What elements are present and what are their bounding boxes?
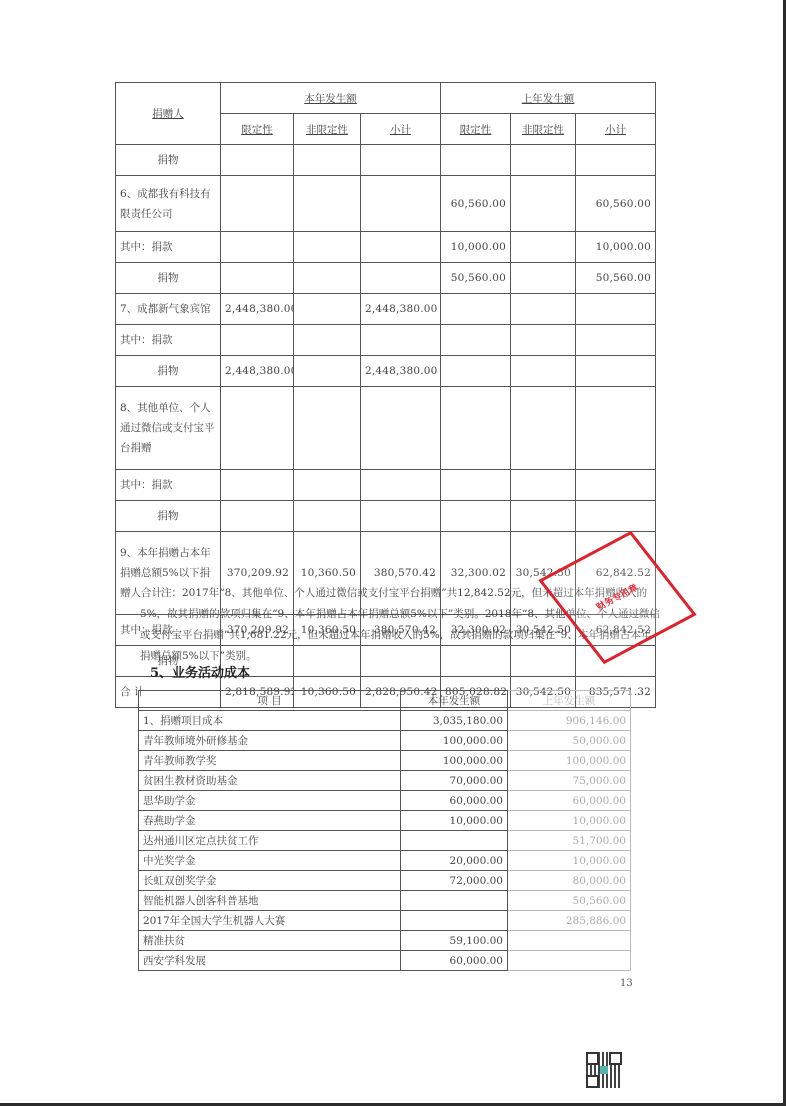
cell-cy-s bbox=[361, 470, 441, 501]
header-cy-unrestricted: 非限定性 bbox=[294, 114, 361, 145]
cell-previous: 100,000.00 bbox=[508, 751, 631, 771]
row-label: 捐物 bbox=[116, 263, 221, 294]
cell-item: 中光奖学金 bbox=[139, 851, 401, 871]
cell-previous: 60,000.00 bbox=[508, 791, 631, 811]
cell-cy-r bbox=[221, 387, 294, 470]
cell-py-u bbox=[511, 387, 576, 470]
cell-previous: 51,700.00 bbox=[508, 831, 631, 851]
cell-previous: 50,560.00 bbox=[508, 891, 631, 911]
cell-current bbox=[401, 891, 508, 911]
cell-current: 100,000.00 bbox=[401, 731, 508, 751]
header-previous-year: 上年发生额 bbox=[441, 83, 656, 114]
cell-cy-u bbox=[294, 263, 361, 294]
cell-cy-r bbox=[221, 325, 294, 356]
cell-cy-s bbox=[361, 263, 441, 294]
table-row: 其中：捐款 bbox=[116, 470, 656, 501]
qr-logo-icon bbox=[600, 1066, 608, 1074]
table-row: 1、捐赠项目成本3,035,180.00906,146.00 bbox=[139, 711, 631, 731]
cell-item: 西安学科发展 bbox=[139, 951, 401, 971]
cell-item: 春燕助学金 bbox=[139, 811, 401, 831]
qr-finder-icon bbox=[586, 1075, 599, 1088]
cell-cy-s bbox=[361, 501, 441, 532]
header-previous-year: 上年发生额 bbox=[508, 691, 631, 711]
cell-cy-u bbox=[294, 145, 361, 176]
table-row: 精准扶贫59,100.00 bbox=[139, 931, 631, 951]
cell-cy-s bbox=[361, 145, 441, 176]
cell-cy-s: 2,448,380.00 bbox=[361, 356, 441, 387]
table-row: 7、成都新气象宾馆2,448,380.002,448,380.00 bbox=[116, 294, 656, 325]
table-row: 思华助学金60,000.0060,000.00 bbox=[139, 791, 631, 811]
cell-previous bbox=[508, 931, 631, 951]
cell-cy-r: 2,448,380.00 bbox=[221, 294, 294, 325]
cell-py-u bbox=[511, 325, 576, 356]
table-row: 中光奖学金20,000.0010,000.00 bbox=[139, 851, 631, 871]
table-row: 捐物 bbox=[116, 501, 656, 532]
header-cy-restricted: 限定性 bbox=[221, 114, 294, 145]
cell-py-s bbox=[576, 387, 656, 470]
cell-previous bbox=[508, 951, 631, 971]
header-py-restricted: 限定性 bbox=[441, 114, 511, 145]
cell-py-r bbox=[441, 387, 511, 470]
cell-current: 60,000.00 bbox=[401, 951, 508, 971]
cell-current: 20,000.00 bbox=[401, 851, 508, 871]
cell-py-s bbox=[576, 356, 656, 387]
cell-cy-r: 2,448,380.00 bbox=[221, 356, 294, 387]
cell-py-r bbox=[441, 145, 511, 176]
table-row: 春燕助学金10,000.0010,000.00 bbox=[139, 811, 631, 831]
cell-current bbox=[401, 831, 508, 851]
cell-py-s bbox=[576, 145, 656, 176]
cell-py-u bbox=[511, 145, 576, 176]
section-title: 5、业务活动成本 bbox=[150, 662, 250, 681]
cell-cy-u bbox=[294, 325, 361, 356]
cell-item: 精准扶贫 bbox=[139, 931, 401, 951]
cell-item: 长虹双创奖学金 bbox=[139, 871, 401, 891]
table-row: 青年教师境外研修基金100,000.0050,000.00 bbox=[139, 731, 631, 751]
cell-cy-u bbox=[294, 294, 361, 325]
cell-py-u bbox=[511, 294, 576, 325]
cell-cy-u bbox=[294, 176, 361, 232]
cell-cy-u bbox=[294, 501, 361, 532]
cell-cy-s: 2,448,380.00 bbox=[361, 294, 441, 325]
cell-py-r bbox=[441, 325, 511, 356]
cell-current: 70,000.00 bbox=[401, 771, 508, 791]
header-cy-subtotal: 小计 bbox=[361, 114, 441, 145]
cell-cy-r bbox=[221, 232, 294, 263]
table-row: 2017年全国大学生机器人大赛285,886.00 bbox=[139, 911, 631, 931]
cell-py-r bbox=[441, 294, 511, 325]
cell-py-u bbox=[511, 470, 576, 501]
cell-current: 10,000.00 bbox=[401, 811, 508, 831]
cell-py-u bbox=[511, 176, 576, 232]
cell-cy-r bbox=[221, 263, 294, 294]
table-row: 捐物2,448,380.002,448,380.00 bbox=[116, 356, 656, 387]
cell-previous: 80,000.00 bbox=[508, 871, 631, 891]
cell-py-r bbox=[441, 470, 511, 501]
page-number: 13 bbox=[620, 978, 633, 989]
cell-py-s bbox=[576, 501, 656, 532]
cell-current: 100,000.00 bbox=[401, 751, 508, 771]
cell-item: 青年教师境外研修基金 bbox=[139, 731, 401, 751]
table-row: 捐物 bbox=[116, 145, 656, 176]
cell-item: 智能机器人创客科普基地 bbox=[139, 891, 401, 911]
cell-py-s bbox=[576, 294, 656, 325]
cell-py-u bbox=[511, 501, 576, 532]
cell-py-u bbox=[511, 232, 576, 263]
row-label: 其中：捐款 bbox=[116, 232, 221, 263]
cell-current: 59,100.00 bbox=[401, 931, 508, 951]
cell-py-r: 50,560.00 bbox=[441, 263, 511, 294]
cell-previous: 906,146.00 bbox=[508, 711, 631, 731]
cell-py-r bbox=[441, 501, 511, 532]
header-current-year: 本年发生额 bbox=[221, 83, 441, 114]
cell-py-r: 10,000.00 bbox=[441, 232, 511, 263]
cell-cy-s bbox=[361, 232, 441, 263]
cell-previous: 10,000.00 bbox=[508, 851, 631, 871]
cell-py-u bbox=[511, 263, 576, 294]
cell-py-u bbox=[511, 356, 576, 387]
cell-cy-r bbox=[221, 176, 294, 232]
cell-py-r bbox=[441, 356, 511, 387]
cell-item: 青年教师教学奖 bbox=[139, 751, 401, 771]
row-label: 7、成都新气象宾馆 bbox=[116, 294, 221, 325]
table-row: 8、其他单位、个人通过微信或支付宝平台捐赠 bbox=[116, 387, 656, 470]
business-cost-table: 项 目 本年发生额 上年发生额 1、捐赠项目成本3,035,180.00906,… bbox=[138, 690, 631, 971]
cell-previous: 10,000.00 bbox=[508, 811, 631, 831]
cell-current bbox=[401, 911, 508, 931]
cell-py-s bbox=[576, 470, 656, 501]
table-row: 青年教师教学奖100,000.00100,000.00 bbox=[139, 751, 631, 771]
cell-current: 3,035,180.00 bbox=[401, 711, 508, 731]
row-label: 捐物 bbox=[116, 145, 221, 176]
table-row: 其中：捐款 bbox=[116, 325, 656, 356]
cell-cy-u bbox=[294, 387, 361, 470]
cell-current: 60,000.00 bbox=[401, 791, 508, 811]
table-row: 其中：捐款10,000.0010,000.00 bbox=[116, 232, 656, 263]
cell-cy-r bbox=[221, 501, 294, 532]
cell-item: 1、捐赠项目成本 bbox=[139, 711, 401, 731]
header-py-subtotal: 小计 bbox=[576, 114, 656, 145]
table-row: 西安学科发展60,000.00 bbox=[139, 951, 631, 971]
cell-cy-s bbox=[361, 325, 441, 356]
cell-py-s: 50,560.00 bbox=[576, 263, 656, 294]
row-label: 其中：捐款 bbox=[116, 470, 221, 501]
table-row: 长虹双创奖学金72,000.0080,000.00 bbox=[139, 871, 631, 891]
cell-item: 达州通川区定点扶贫工作 bbox=[139, 831, 401, 851]
cell-py-s bbox=[576, 325, 656, 356]
cell-py-s: 10,000.00 bbox=[576, 232, 656, 263]
row-label: 捐物 bbox=[116, 356, 221, 387]
row-label: 8、其他单位、个人通过微信或支付宝平台捐赠 bbox=[116, 387, 221, 470]
cell-previous: 50,000.00 bbox=[508, 731, 631, 751]
header-py-unrestricted: 非限定性 bbox=[511, 114, 576, 145]
cell-cy-s bbox=[361, 176, 441, 232]
cell-item: 思华助学金 bbox=[139, 791, 401, 811]
cell-cy-r bbox=[221, 145, 294, 176]
cell-item: 2017年全国大学生机器人大赛 bbox=[139, 911, 401, 931]
cell-previous: 285,886.00 bbox=[508, 911, 631, 931]
table-row: 捐物50,560.0050,560.00 bbox=[116, 263, 656, 294]
table-row: 6、成都我有科技有限责任公司60,560.0060,560.00 bbox=[116, 176, 656, 232]
table-row: 达州通川区定点扶贫工作51,700.00 bbox=[139, 831, 631, 851]
cell-cy-r bbox=[221, 470, 294, 501]
qr-code bbox=[586, 1052, 622, 1088]
table-row: 智能机器人创客科普基地50,560.00 bbox=[139, 891, 631, 911]
cell-cy-u bbox=[294, 470, 361, 501]
table-row: 贫困生教材资助基金70,000.0075,000.00 bbox=[139, 771, 631, 791]
cell-cy-s bbox=[361, 387, 441, 470]
cell-item: 贫困生教材资助基金 bbox=[139, 771, 401, 791]
cell-py-s: 60,560.00 bbox=[576, 176, 656, 232]
header-current-year: 本年发生额 bbox=[401, 691, 508, 711]
row-label: 其中：捐款 bbox=[116, 325, 221, 356]
cell-previous: 75,000.00 bbox=[508, 771, 631, 791]
cell-cy-u bbox=[294, 356, 361, 387]
row-label: 捐物 bbox=[116, 501, 221, 532]
header-item: 项 目 bbox=[139, 691, 401, 711]
header-donor: 捐赠人 bbox=[116, 83, 221, 145]
cell-cy-u bbox=[294, 232, 361, 263]
row-label: 6、成都我有科技有限责任公司 bbox=[116, 176, 221, 232]
cell-py-r: 60,560.00 bbox=[441, 176, 511, 232]
cell-current: 72,000.00 bbox=[401, 871, 508, 891]
